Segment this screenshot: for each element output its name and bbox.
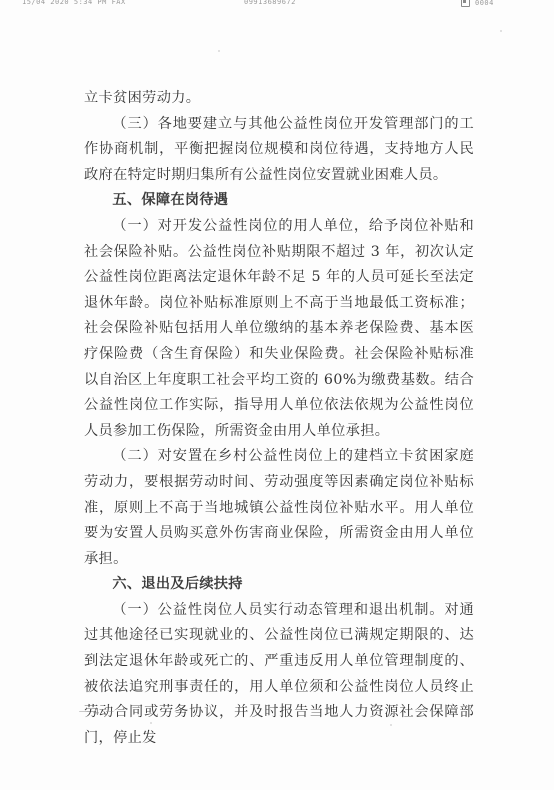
fax-page-icon — [461, 0, 470, 7]
paragraph-continuation: 立卡贫困劳动力。 — [84, 86, 474, 112]
paragraph-item-3-coordination: （三）各地要建立与其他公益性岗位开发管理部门的工作协商机制，平衡把握岗位规模和岗… — [84, 112, 474, 189]
fax-page-code-value: 0004 — [475, 0, 494, 7]
section-heading-5: 五、保障在岗待遇 — [84, 188, 474, 214]
scan-artifact — [500, 30, 502, 32]
fax-datetime: 15/04 2020 5:34 PM FAX — [22, 0, 126, 6]
paragraph-item-1-subsidies: （一）对开发公益性岗位的用人单位，给予岗位补贴和社会保险补贴。公益性岗位补贴期限… — [84, 214, 474, 444]
scanned-fax-page: 15/04 2020 5:34 PM FAX 09913689672 0004 … — [0, 0, 554, 790]
scan-artifact — [218, 50, 220, 52]
section-heading-6: 六、退出及后续扶持 — [84, 572, 474, 598]
page-number: － 4 － — [78, 703, 116, 718]
document-body: 立卡贫困劳动力。 （三）各地要建立与其他公益性岗位开发管理部门的工作协商机制，平… — [84, 86, 474, 751]
fax-page-code: 0004 — [461, 0, 494, 7]
scan-artifact — [390, 724, 392, 726]
scan-artifact — [150, 722, 152, 724]
fax-phone-number: 09913689672 — [244, 0, 296, 6]
fax-header: 15/04 2020 5:34 PM FAX 09913689672 0004 — [0, 0, 554, 12]
paragraph-item-1-exit-mechanism: （一）公益性岗位人员实行动态管理和退出机制。对通过其他途径已实现就业的、公益性岗… — [84, 598, 474, 752]
paragraph-item-2-rural-posts: （二）对安置在乡村公益性岗位上的建档立卡贫困家庭劳动力，要根据劳动时间、劳动强度… — [84, 444, 474, 572]
